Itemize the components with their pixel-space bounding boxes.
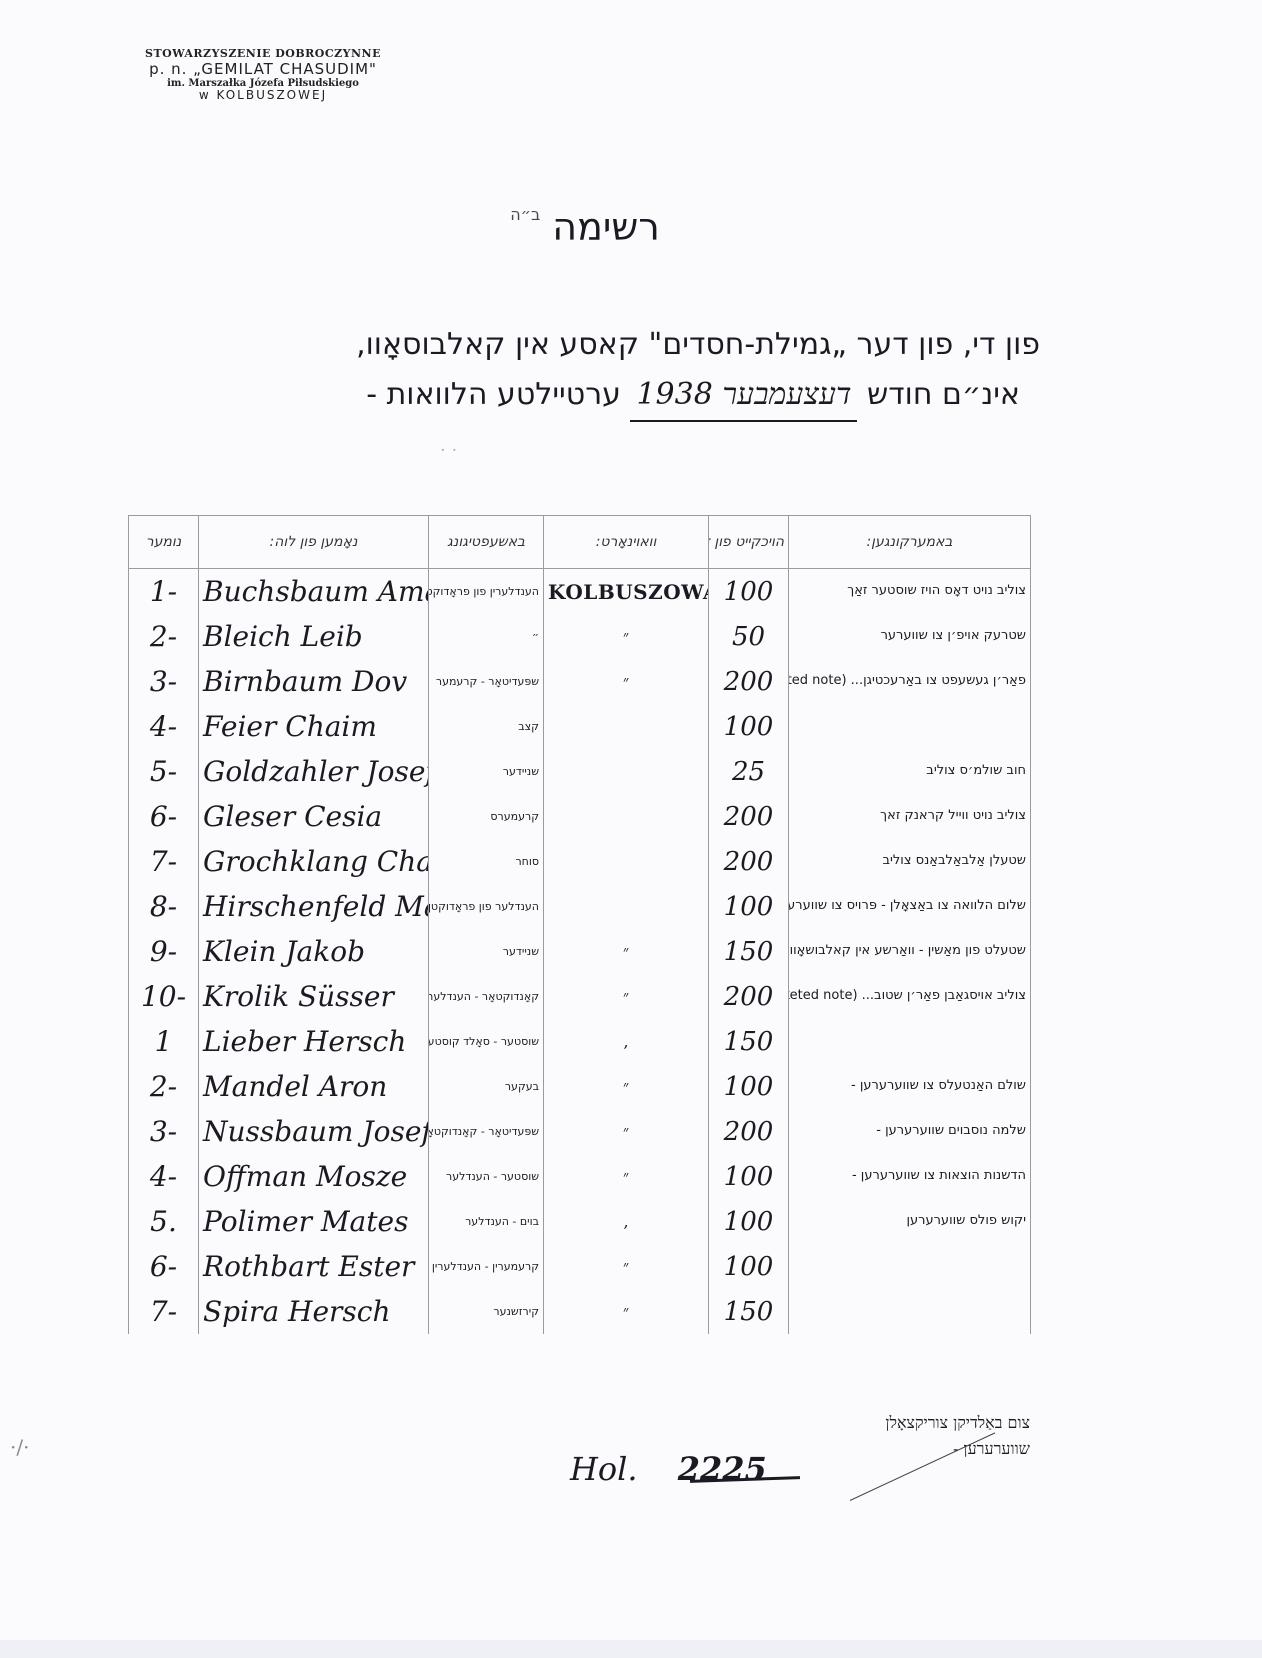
loan-amount: 200 [709, 1109, 789, 1154]
intro-month-year: דעצעמבער 1938 [630, 370, 857, 422]
row-number: 4- [129, 704, 199, 749]
table-row: 7-Spira Herschקירזשנער״150 [129, 1289, 1031, 1334]
remark [789, 1244, 1031, 1289]
occupation: בוים - הענדלער [429, 1199, 544, 1244]
signoff-line-2: שווערערען - [840, 1436, 1030, 1462]
loan-amount: 100 [709, 704, 789, 749]
loan-amount: 200 [709, 659, 789, 704]
table-row: 8-Hirschenfeld Markusהענדלער פון פראָדוק… [129, 884, 1031, 929]
residence: ״ [544, 974, 709, 1019]
loan-amount: 100 [709, 569, 789, 615]
remark: צוליב נויט דאָס הויז שוסטער זאַך [789, 569, 1031, 615]
residence [544, 749, 709, 794]
intro-suffix: ערטיילטע הלוואות - [366, 377, 621, 412]
borrower-name: Grochklang Chaskiel [199, 839, 429, 884]
residence-stamp: KOLBUSZOWA [548, 580, 709, 604]
row-number: 9- [129, 929, 199, 974]
occupation: הענדלערין פון פראָדוקטן [429, 569, 544, 615]
residence: ״ [544, 614, 709, 659]
intro-line-1: פון די, פון דער „גמילת-חסדים" קאסע אין ק… [140, 320, 1040, 370]
occupation: שוסטער - הענדלער [429, 1154, 544, 1199]
intro-prefix: אינ״ם חודש [867, 377, 1020, 412]
borrower-name: Lieber Hersch [199, 1019, 429, 1064]
row-number: 5- [129, 749, 199, 794]
borrower-name: Buchsbaum Amalja [199, 569, 429, 615]
borrower-name: Polimer Mates [199, 1199, 429, 1244]
faint-mark: · · [440, 440, 457, 461]
occupation: קרעמערין - הענדלערין [429, 1244, 544, 1289]
loan-amount: 100 [709, 1154, 789, 1199]
occupation: הענדלער פון פראָדוקטן [429, 884, 544, 929]
remark: הדשנות הוצאות צו שווערערען - [789, 1154, 1031, 1199]
loan-amount: 100 [709, 1199, 789, 1244]
loan-amount: 50 [709, 614, 789, 659]
row-number: 7- [129, 1289, 199, 1334]
borrower-name: Offman Mosze [199, 1154, 429, 1199]
table-row: 3-Birnbaum Dovשפּעדיטאָר - קרעמער״200פאַ… [129, 659, 1031, 704]
title-main: רשימה [552, 205, 660, 249]
intro-text: פון די, פון דער „גמילת-חסדים" קאסע אין ק… [140, 320, 1040, 422]
signoff-line-1: צום באַלדיקן צוריקצאָלן [840, 1410, 1030, 1436]
table-row: 10-Krolik Süsserקאָנדוקטאָר - הענדלערין״… [129, 974, 1031, 1019]
letterhead-line-1: STOWARZYSZENIE DOBROCZYNNE [118, 48, 408, 61]
residence: , [544, 1019, 709, 1064]
table-row: 6-Rothbart Esterקרעמערין - הענדלערין״100 [129, 1244, 1031, 1289]
row-number: 8- [129, 884, 199, 929]
residence: ״ [544, 1064, 709, 1109]
table-row: 2-Bleich Leib״״50שטרעק אויפ׳ן צו שווערער [129, 614, 1031, 659]
remark [789, 704, 1031, 749]
table-row: 5-Goldzahler Josefשניידער25חוב שולמ׳ס צו… [129, 749, 1031, 794]
row-number: 6- [129, 1244, 199, 1289]
borrower-name: Feier Chaim [199, 704, 429, 749]
table-row: 1Lieber Herschשוסטער - סאָלד קוסטער,150 [129, 1019, 1031, 1064]
remark: יקוש פולס שווערערען [789, 1199, 1031, 1244]
header-number: נומער [129, 516, 199, 569]
loan-amount: 150 [709, 1019, 789, 1064]
occupation: בעקער [429, 1064, 544, 1109]
table-header-row: נומער נאָמען פון לוה: באשעפטיגונג וואוינ… [129, 516, 1031, 569]
document-title: רשימה ב״ה [440, 205, 700, 249]
residence: ״ [544, 659, 709, 704]
intro-line-2: אינ״ם חודש דעצעמבער 1938 ערטיילטע הלוואו… [140, 370, 1020, 422]
table-row: 7-Grochklang Chaskielסוחר200שטעלן אַלבאַ… [129, 839, 1031, 884]
remark: שלום הלוואה צו באַצאָלן - פּרויס צו שווע… [789, 884, 1031, 929]
row-number: 6- [129, 794, 199, 839]
loan-amount: 200 [709, 839, 789, 884]
residence: ״ [544, 929, 709, 974]
remark: שולם האַנטעלס צו שווערערען - [789, 1064, 1031, 1109]
row-number: 4- [129, 1154, 199, 1199]
row-number: 3- [129, 659, 199, 704]
occupation: שפּעדיטאָר - קאָנדוקטאָר [429, 1109, 544, 1154]
residence: ״ [544, 1154, 709, 1199]
occupation: סוחר [429, 839, 544, 884]
row-number: 10- [129, 974, 199, 1019]
remark: שלמה נוסבוים שווערערען - [789, 1109, 1031, 1154]
remark [789, 1019, 1031, 1064]
residence [544, 704, 709, 749]
borrower-name: Mandel Aron [199, 1064, 429, 1109]
letterhead-line-2: p. n. „GEMILAT CHASUDIM" [118, 61, 408, 78]
occupation: קצב [429, 704, 544, 749]
remark: צוליב אויסגאַבן פאַר׳ן שטוב... (brackete… [789, 974, 1031, 1019]
title-small-mark: ב״ה [510, 205, 540, 224]
remark: חוב שולמ׳ס צוליב [789, 749, 1031, 794]
row-number: 2- [129, 614, 199, 659]
loan-amount: 100 [709, 884, 789, 929]
residence: KOLBUSZOWA [544, 569, 709, 615]
row-number: 1- [129, 569, 199, 615]
occupation: שפּעדיטאָר - קרעמער [429, 659, 544, 704]
signoff-note: צום באַלדיקן צוריקצאָלן שווערערען - [840, 1410, 1030, 1461]
table-row: 3-Nussbaum Josefשפּעדיטאָר - קאָנדוקטאָר… [129, 1109, 1031, 1154]
loan-amount: 100 [709, 1244, 789, 1289]
remark: שטעלט פון מאַשין - וואַרשע אין קאלבושאָו… [789, 929, 1031, 974]
loan-amount: 25 [709, 749, 789, 794]
loan-amount: 100 [709, 1064, 789, 1109]
occupation: קאָנדוקטאָר - הענדלערין [429, 974, 544, 1019]
table-row: 9-Klein Jakobשניידער״150שטעלט פון מאַשין… [129, 929, 1031, 974]
table-row: 5.Polimer Matesבוים - הענדלער,100יקוש פו… [129, 1199, 1031, 1244]
borrower-name: Gleser Cesia [199, 794, 429, 839]
residence: , [544, 1199, 709, 1244]
table-row: 2-Mandel Aronבעקער״100שולם האַנטעלס צו ש… [129, 1064, 1031, 1109]
table-row: 6-Gleser Cesiaקרעמערס200צוליב נויט ווייל… [129, 794, 1031, 839]
residence [544, 884, 709, 929]
borrower-name: Krolik Süsser [199, 974, 429, 1019]
letterhead-line-4: w KOLBUSZOWEJ [118, 89, 408, 103]
row-number: 2- [129, 1064, 199, 1109]
borrower-name: Klein Jakob [199, 929, 429, 974]
header-amount: הויכקייט פון דער הלוואה [709, 516, 789, 569]
occupation: שניידער [429, 929, 544, 974]
table-row: 1- Buchsbaum Amalja הענדלערין פון פראָדו… [129, 569, 1031, 615]
loan-amount: 150 [709, 1289, 789, 1334]
residence: ״ [544, 1289, 709, 1334]
borrower-name: Rothbart Ester [199, 1244, 429, 1289]
table-row: 4-Feier Chaimקצב100 [129, 704, 1031, 749]
borrower-name: Spira Hersch [199, 1289, 429, 1334]
borrower-name: Bleich Leib [199, 614, 429, 659]
remark [789, 1289, 1031, 1334]
borrower-name: Goldzahler Josef [199, 749, 429, 794]
occupation: קרעמערס [429, 794, 544, 839]
loan-ledger-table: נומער נאָמען פון לוה: באשעפטיגונג וואוינ… [128, 515, 1031, 1334]
total-label: Hol. [570, 1450, 638, 1488]
header-name: נאָמען פון לוה: [199, 516, 429, 569]
loan-amount: 150 [709, 929, 789, 974]
remark: שטעלן אַלבאַלבאַנס צוליב [789, 839, 1031, 884]
occupation: שוסטער - סאָלד קוסטער [429, 1019, 544, 1064]
scan-edge [0, 1640, 1262, 1658]
loan-amount: 200 [709, 794, 789, 839]
borrower-name: Nussbaum Josef [199, 1109, 429, 1154]
row-number: 3- [129, 1109, 199, 1154]
loan-total: Hol. 2225 [570, 1450, 767, 1488]
loan-amount: 200 [709, 974, 789, 1019]
remark: צוליב נויט ווייל קראנק זאך [789, 794, 1031, 839]
occupation: קירזשנער [429, 1289, 544, 1334]
residence: ״ [544, 1244, 709, 1289]
header-occupation: באשעפטיגונג [429, 516, 544, 569]
borrower-name: Hirschenfeld Markus [199, 884, 429, 929]
occupation: שניידער [429, 749, 544, 794]
residence [544, 794, 709, 839]
margin-mark: ·/· [10, 1435, 29, 1459]
table-row: 4-Offman Moszeשוסטער - הענדלער״100הדשנות… [129, 1154, 1031, 1199]
remark: שטרעק אויפ׳ן צו שווערער [789, 614, 1031, 659]
borrower-name: Birnbaum Dov [199, 659, 429, 704]
header-residence: וואוינאָרט: [544, 516, 709, 569]
letterhead-stamp: STOWARZYSZENIE DOBROCZYNNE p. n. „GEMILA… [118, 48, 408, 103]
row-number: 5. [129, 1199, 199, 1244]
remark: פאַר׳ן געשעפט צו באַרעכטיגן... (brackete… [789, 659, 1031, 704]
occupation: ״ [429, 614, 544, 659]
residence: ״ [544, 1109, 709, 1154]
total-value: 2225 [678, 1450, 767, 1488]
row-number: 7- [129, 839, 199, 884]
row-number: 1 [129, 1019, 199, 1064]
header-remarks: באמערקונגען: [789, 516, 1031, 569]
residence [544, 839, 709, 884]
